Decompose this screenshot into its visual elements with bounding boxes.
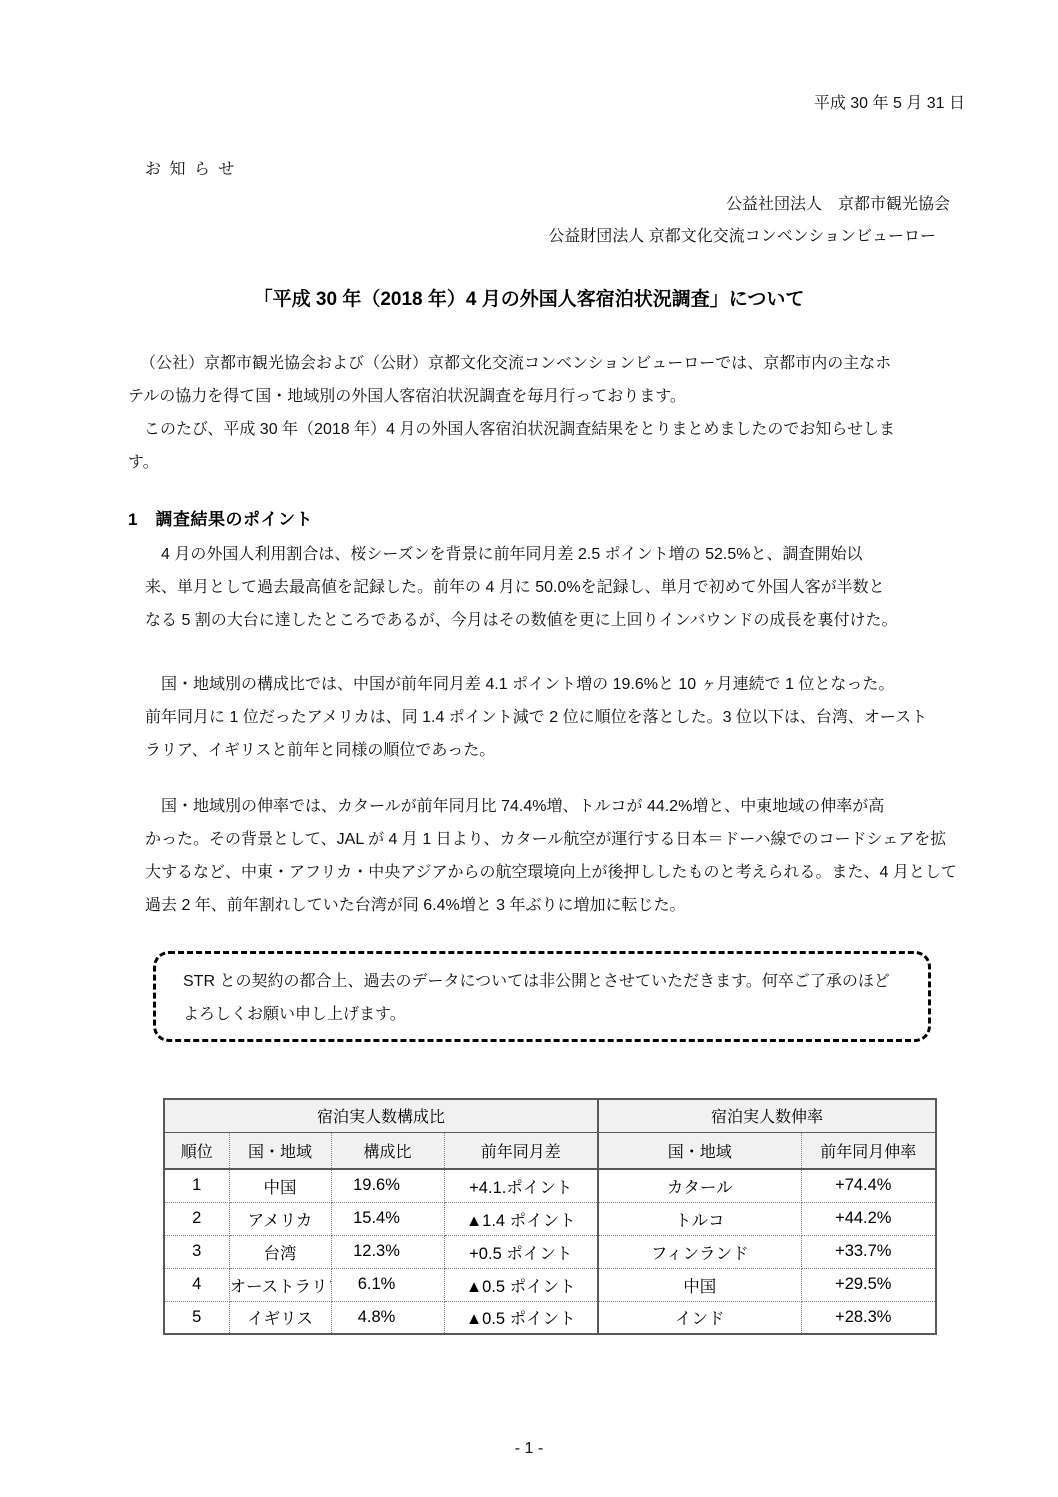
col-header-diff: 前年同月差 (444, 1132, 598, 1169)
cell-country: オーストラリア (229, 1268, 331, 1301)
cell-rank: 3 (164, 1235, 229, 1268)
cell-growth-country: フィンランド (598, 1235, 801, 1268)
paragraph-line: かった。その背景として、JAL が 4 月 1 日より、カタール航空が運行する日… (145, 823, 935, 856)
paragraph-line: 国・地域別の伸率では、カタールが前年同月比 74.4%増、トルコが 44.2%増… (145, 790, 935, 823)
cell-growth: +33.7% (801, 1235, 936, 1268)
cell-growth-country: 中国 (598, 1268, 801, 1301)
table-row: 5 イギリス 4.8% ▲0.5 ポイント インド +28.3% (164, 1301, 936, 1334)
table-column-header-row: 順位 国・地域 構成比 前年同月差 国・地域 前年同月伸率 (164, 1132, 936, 1169)
paragraph-line: 国・地域別の構成比では、中国が前年同月差 4.1 ポイント増の 19.6%と 1… (145, 668, 935, 701)
paragraph-line: なる 5 割の大台に達したところであるが、今月はその数値を更に上回りインバウンド… (145, 604, 935, 637)
paragraph-line: テルの協力を得て国・地域別の外国人客宿泊状況調査を毎月行っております。 (128, 380, 934, 413)
cell-rank: 5 (164, 1301, 229, 1334)
table-row: 4 オーストラリア 6.1% ▲0.5 ポイント 中国 +29.5% (164, 1268, 936, 1301)
paragraph-line: このたび、平成 30 年（2018 年）4 月の外国人客宿泊状況調査結果をとりま… (128, 413, 934, 446)
cell-growth-country: インド (598, 1301, 801, 1334)
disclaimer-box: STR との契約の都合上、過去のデータについては非公開とさせていただきます。何卒… (153, 951, 931, 1042)
stats-table: 宿泊実人数構成比 宿泊実人数伸率 順位 国・地域 構成比 前年同月差 国・地域 … (163, 1098, 937, 1335)
paragraph-line: 過去 2 年、前年割れしていた台湾が同 6.4%増と 3 年ぶりに増加に転じた。 (145, 889, 935, 922)
cell-diff: +4.1.ポイント (444, 1169, 598, 1202)
col-header-share: 構成比 (331, 1132, 444, 1169)
paragraph-line: 大するなど、中東・アフリカ・中央アジアからの航空環境向上が後押ししたものと考えら… (145, 856, 935, 889)
table-row: 3 台湾 12.3% +0.5 ポイント フィンランド +33.7% (164, 1235, 936, 1268)
table-row: 1 中国 19.6% +4.1.ポイント カタール +74.4% (164, 1169, 936, 1202)
body-paragraph-1: 4 月の外国人利用割合は、桜シーズンを背景に前年同月差 2.5 ポイント増の 5… (145, 538, 935, 637)
cell-share: 19.6% (331, 1169, 444, 1202)
col-header-growth: 前年同月伸率 (801, 1132, 936, 1169)
cell-growth: +29.5% (801, 1268, 936, 1301)
disclaimer-line: よろしくお願い申し上げます。 (183, 998, 908, 1031)
cell-country: アメリカ (229, 1202, 331, 1235)
document-page: 平成 30 年 5 月 31 日 お 知 ら せ 公益社団法人 京都市観光協会 … (0, 0, 1058, 1497)
table-group-header-growth: 宿泊実人数伸率 (598, 1099, 936, 1132)
cell-rank: 4 (164, 1268, 229, 1301)
paragraph-line: （公社）京都市観光協会および（公財）京都文化交流コンベンションビューローでは、京… (128, 347, 934, 380)
col-header-country: 国・地域 (229, 1132, 331, 1169)
cell-country: 台湾 (229, 1235, 331, 1268)
cell-share: 6.1% (331, 1268, 444, 1301)
body-paragraph-3: 国・地域別の伸率では、カタールが前年同月比 74.4%増、トルコが 44.2%増… (145, 790, 935, 922)
cell-share: 12.3% (331, 1235, 444, 1268)
disclaimer-line: STR との契約の都合上、過去のデータについては非公開とさせていただきます。何卒… (183, 965, 908, 998)
paragraph-line: 来、単月として過去最高値を記録した。前年の 4 月に 50.0%を記録し、単月で… (145, 571, 935, 604)
cell-growth-country: カタール (598, 1169, 801, 1202)
intro-paragraphs: （公社）京都市観光協会および（公財）京都文化交流コンベンションビューローでは、京… (128, 347, 934, 479)
paragraph-line: 前年同月に 1 位だったアメリカは、同 1.4 ポイント減で 2 位に順位を落と… (145, 701, 935, 734)
document-date: 平成 30 年 5 月 31 日 (814, 90, 965, 113)
organization-name-2: 公益財団法人 京都文化交流コンベンションビューロー (548, 223, 936, 246)
table-row: 2 アメリカ 15.4% ▲1.4 ポイント トルコ +44.2% (164, 1202, 936, 1235)
col-header-rank: 順位 (164, 1132, 229, 1169)
cell-diff: ▲0.5 ポイント (444, 1301, 598, 1334)
col-header-growth-country: 国・地域 (598, 1132, 801, 1169)
paragraph-line: ラリア、イギリスと前年と同様の順位であった。 (145, 734, 935, 767)
cell-growth-country: トルコ (598, 1202, 801, 1235)
table-group-header-row: 宿泊実人数構成比 宿泊実人数伸率 (164, 1099, 936, 1132)
cell-country: 中国 (229, 1169, 331, 1202)
organization-name-1: 公益社団法人 京都市観光協会 (726, 191, 950, 214)
cell-diff: ▲1.4 ポイント (444, 1202, 598, 1235)
cell-growth: +44.2% (801, 1202, 936, 1235)
cell-diff: +0.5 ポイント (444, 1235, 598, 1268)
cell-share: 15.4% (331, 1202, 444, 1235)
cell-growth: +28.3% (801, 1301, 936, 1334)
section-heading: 1 調査結果のポイント (128, 505, 313, 530)
cell-share: 4.8% (331, 1301, 444, 1334)
cell-diff: ▲0.5 ポイント (444, 1268, 598, 1301)
table-group-header-share: 宿泊実人数構成比 (164, 1099, 598, 1132)
body-paragraph-2: 国・地域別の構成比では、中国が前年同月差 4.1 ポイント増の 19.6%と 1… (145, 668, 935, 767)
cell-rank: 2 (164, 1202, 229, 1235)
cell-country: イギリス (229, 1301, 331, 1334)
cell-rank: 1 (164, 1169, 229, 1202)
paragraph-line: す。 (128, 446, 934, 479)
cell-growth: +74.4% (801, 1169, 936, 1202)
notice-label: お 知 ら せ (145, 156, 236, 179)
document-title: 「平成 30 年（2018 年）4 月の外国人客宿泊状況調査」について (0, 284, 1058, 311)
page-number: - 1 - (0, 1440, 1058, 1458)
paragraph-line: 4 月の外国人利用割合は、桜シーズンを背景に前年同月差 2.5 ポイント増の 5… (145, 538, 935, 571)
